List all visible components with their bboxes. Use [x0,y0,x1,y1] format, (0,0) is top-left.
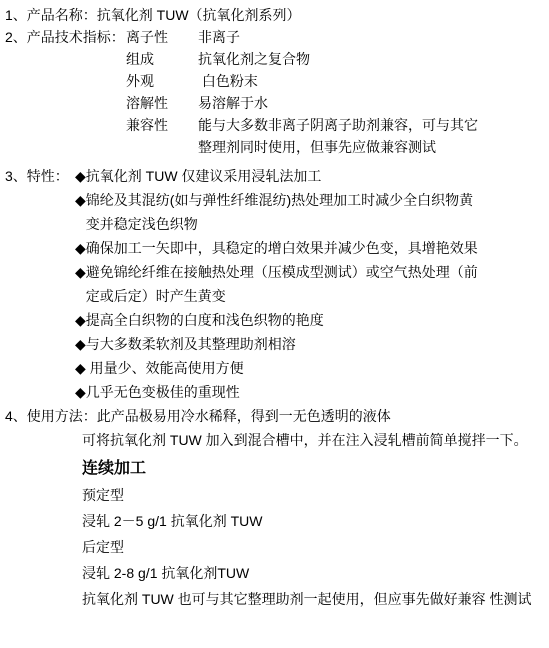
feature-text: 用量少、效能高使用方便 [86,356,545,380]
feature-text: 与大多数柔软剂及其整理助剂相溶 [86,332,545,356]
diamond-bullet-icon: ◆ [75,236,86,260]
feature-text: 变并稳定浅色织物 [86,212,545,236]
spec-name: 外观 [126,70,198,92]
spec-value: 非离子 [198,26,545,48]
section1-number: 1、 [5,7,27,23]
usage-text: 此产品极易用冷水稀释，得到一无色透明的液体 [97,408,391,424]
tech-specs-heading: 2、产品技术指标： [5,26,125,48]
section1-label: 产品名称： [27,7,97,23]
feature-item: ◆ 与大多数柔软剂及其整理助剂相溶 [75,332,545,356]
diamond-bullet-icon: ◆ [75,356,86,380]
feature-item: ◆ 用量少、效能高使用方便 [75,356,545,380]
section4-label: 使用方法： [27,408,97,424]
feature-text: 确保加工一矢即中，具稳定的增白效果并减少色变，具增艳效果 [86,236,545,260]
spec-row-compatibility: 兼容性 能与大多数非离子阴离子助剂兼容，可与其它整理剂同时使用，但事先应做兼容测… [126,114,545,158]
spec-name: 溶解性 [126,92,198,114]
product-name-text: 抗氧化剂 TUW（抗氧化剂系列） [97,7,301,23]
process-line-pad-dosage-pre: 浸轧 2－5 g/1 抗氧化剂 TUW [82,508,545,534]
spec-value: 能与大多数非离子阴离子助剂兼容，可与其它 [198,114,545,136]
section2-number: 2、 [5,29,27,45]
section-usage: 4、使用方法：此产品极易用冷水稀释，得到一无色透明的液体 可将抗氧化剂 TUW … [5,404,545,452]
feature-text: 提高全白织物的白度和浅色织物的艳度 [86,308,545,332]
feature-text: 几乎无色变极佳的重现性 [86,380,545,404]
section2-label: 产品技术指标： [27,29,125,45]
usage-text: 可将抗氧化剂 TUW 加入到混合槽中，并在注入浸轧槽前简单搅拌一下。 [82,432,528,448]
process-line-post-setting: 后定型 [82,534,545,560]
spec-row-appearance: 外观 白色粉末 [126,70,545,92]
spec-name: 兼容性 [126,114,198,158]
process-line-compatibility-note: 抗氧化剂 TUW 也可与其它整理助剂一起使用，但应事先做好兼容 性测试 [82,586,545,612]
diamond-bullet-icon: ◆ [75,332,86,356]
diamond-bullet-icon: ◆ [75,188,86,236]
spec-name: 组成 [126,48,198,70]
spec-row-solubility: 溶解性 易溶解于水 [126,92,545,114]
usage-line: 可将抗氧化剂 TUW 加入到混合槽中，并在注入浸轧槽前简单搅拌一下。 [82,428,545,452]
product-name-line: 1、产品名称：抗氧化剂 TUW（抗氧化剂系列） [5,4,545,26]
feature-item: ◆ 避免锦纶纤维在接触热处理（压模成型测试）或空气热处理（前定或后定）时产生黄变 [75,260,545,308]
feature-text: 定或后定）时产生黄变 [86,284,545,308]
feature-text: 锦纶及其混纺(如与弹性纤维混纺)热处理加工时减少全白织物黄 [86,188,545,212]
process-line-pre-setting: 预定型 [82,482,545,508]
feature-text: 抗氧化剂 TUW 仅建议采用浸轧法加工 [86,164,545,188]
feature-item: ◆ 几乎无色变极佳的重现性 [75,380,545,404]
diamond-bullet-icon: ◆ [75,380,86,404]
section-tech-specs: 2、产品技术指标： 离子性 非离子 组成 抗氧化剂之复合物 外观 白色粉末 溶解… [5,26,545,158]
spec-value: 白色粉末 [198,70,545,92]
spec-value: 抗氧化剂之复合物 [198,48,545,70]
feature-item: ◆ 确保加工一矢即中，具稳定的增白效果并减少色变，具增艳效果 [75,236,545,260]
section-features: 3、特性： ◆ 抗氧化剂 TUW 仅建议采用浸轧法加工 ◆ 锦纶及其混纺(如与弹… [5,164,545,404]
spec-value: 整理剂同时使用，但事先应做兼容测试 [198,136,545,158]
process-line-pad-dosage-post: 浸轧 2-8 g/1 抗氧化剂TUW [82,560,545,586]
diamond-bullet-icon: ◆ [75,308,86,332]
section4-number: 4、 [5,408,27,424]
feature-item: ◆ 锦纶及其混纺(如与弹性纤维混纺)热处理加工时减少全白织物黄变并稳定浅色织物 [75,188,545,236]
features-heading: 3、特性： [5,164,69,188]
spec-table: 离子性 非离子 组成 抗氧化剂之复合物 外观 白色粉末 溶解性 易溶解于水 兼容… [126,26,545,158]
section-product-name: 1、产品名称：抗氧化剂 TUW（抗氧化剂系列） [5,4,545,26]
spec-value: 易溶解于水 [198,92,545,114]
diamond-bullet-icon: ◆ [75,260,86,308]
continuous-processing-heading: 连续加工 [82,456,545,482]
feature-text: 避免锦纶纤维在接触热处理（压模成型测试）或空气热处理（前 [86,260,545,284]
spec-row-ionicity: 离子性 非离子 [126,26,545,48]
feature-item: ◆ 抗氧化剂 TUW 仅建议采用浸轧法加工 [75,164,545,188]
product-datasheet: 1、产品名称：抗氧化剂 TUW（抗氧化剂系列） 2、产品技术指标： 离子性 非离… [0,0,549,648]
spec-row-composition: 组成 抗氧化剂之复合物 [126,48,545,70]
spec-name: 离子性 [126,26,198,48]
section3-number: 3、 [5,168,27,184]
feature-list: ◆ 抗氧化剂 TUW 仅建议采用浸轧法加工 ◆ 锦纶及其混纺(如与弹性纤维混纺)… [75,164,545,404]
section3-label: 特性： [27,168,69,184]
diamond-bullet-icon: ◆ [75,164,86,188]
feature-item: ◆ 提高全白织物的白度和浅色织物的艳度 [75,308,545,332]
usage-line: 4、使用方法：此产品极易用冷水稀释，得到一无色透明的液体 [5,404,545,428]
continuous-processing-block: 连续加工 预定型 浸轧 2－5 g/1 抗氧化剂 TUW 后定型 浸轧 2-8 … [82,456,545,612]
